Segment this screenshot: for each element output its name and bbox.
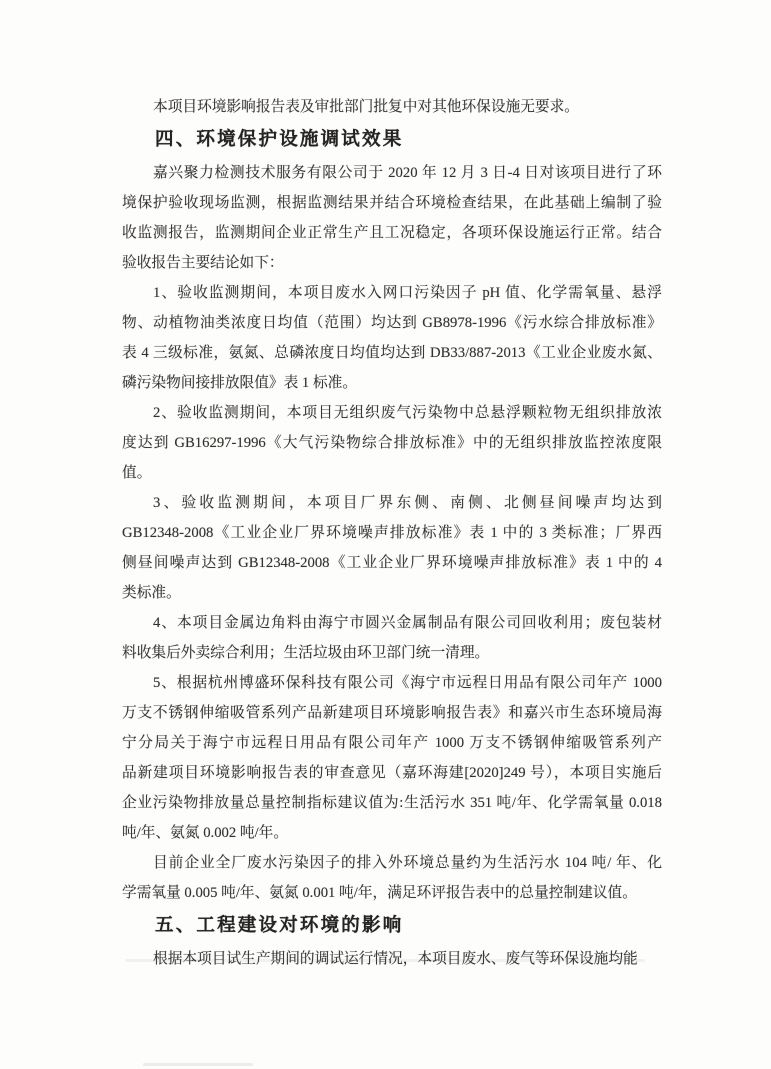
text-line: 学需氧量 0.005 吨/年、氨氮 0.001 吨/年，满足环评报告表中的总量控… [122,878,662,908]
text-line: 类标准。 [122,578,662,608]
text-line: 收监测报告，监测期间企业正常生产且工况稳定，各项环保设施运行正常。结合 [122,218,662,248]
text-line: 2、验收监测期间，本项目无组织废气污染物中总悬浮颗粒物无组织排放浓 [122,398,662,428]
scan-artifact [143,1063,253,1066]
para-other-facility-requirements: 本项目环境影响报告表及审批部门批复中对其他环保设施无要求。 [122,92,662,122]
text-line: 3、验收监测期间，本项目厂界东侧、南侧、北侧昼间噪声均达到 [122,488,662,518]
text-line: 嘉兴聚力检测技术服务有限公司于 2020 年 12 月 3 日-4 日对该项目进… [122,158,662,188]
text-line: 物、动植物油类浓度日均值（范围）均达到 GB8978-1996《污水综合排放标准… [122,308,662,338]
document-body: 本项目环境影响报告表及审批部门批复中对其他环保设施无要求。四、环境保护设施调试效… [122,92,662,974]
text-line: 吨/年、氨氮 0.002 吨/年。 [122,818,662,848]
para-conclusion-4-solid-waste: 4、本项目金属边角料由海宁市圆兴金属制品有限公司回收利用；废包装材料收集后外卖综… [122,608,662,668]
text-line: 值。 [122,458,662,488]
heading-section-four: 四、环境保护设施调试效果 [122,125,662,155]
text-line: 验收报告主要结论如下： [122,248,662,278]
text-line: 品新建项目环境影响报告表的审查意见（嘉环海建[2020]249 号），本项目实施… [122,758,662,788]
scan-artifact [125,959,645,962]
text-line: 宁分局关于海宁市远程日用品有限公司年产 1000 万支不锈钢伸缩吸管系列产 [122,728,662,758]
para-conclusion-3-noise: 3、验收监测期间，本项目厂界东侧、南侧、北侧昼间噪声均达到GB12348-200… [122,488,662,608]
para-current-discharge-totals: 目前企业全厂废水污染因子的排入外环境总量约为生活污水 104 吨/ 年、化学需氧… [122,848,662,908]
text-line: 磷污染物间接排放限值》表 1 标准。 [122,368,662,398]
para-monitoring-overview: 嘉兴聚力检测技术服务有限公司于 2020 年 12 月 3 日-4 日对该项目进… [122,158,662,278]
text-line: 1、验收监测期间，本项目废水入网口污染因子 pH 值、化学需氧量、悬浮 [122,278,662,308]
para-conclusion-2-waste-gas: 2、验收监测期间，本项目无组织废气污染物中总悬浮颗粒物无组织排放浓度达到 GB1… [122,398,662,488]
para-conclusion-5-total-control: 5、根据杭州博盛环保科技有限公司《海宁市远程日用品有限公司年产 1000万支不锈… [122,668,662,848]
document-page: 本项目环境影响报告表及审批部门批复中对其他环保设施无要求。四、环境保护设施调试效… [0,0,771,1069]
text-line: 万支不锈钢伸缩吸管系列产品新建项目环境影响报告表》和嘉兴市生态环境局海 [122,698,662,728]
heading-line: 五、工程建设对环境的影响 [122,911,662,941]
text-line: 5、根据杭州博盛环保科技有限公司《海宁市远程日用品有限公司年产 1000 [122,668,662,698]
text-line: 度达到 GB16297-1996《大气污染物综合排放标准》中的无组织排放监控浓度… [122,428,662,458]
heading-section-five: 五、工程建设对环境的影响 [122,911,662,941]
text-line: 4、本项目金属边角料由海宁市圆兴金属制品有限公司回收利用；废包装材 [122,608,662,638]
text-line: 表 4 三级标准，氨氮、总磷浓度日均值均达到 DB33/887-2013《工业企… [122,338,662,368]
text-line: GB12348-2008《工业企业厂界环境噪声排放标准》表 1 中的 3 类标准… [122,518,662,548]
text-line: 料收集后外卖综合利用；生活垃圾由环卫部门统一清理。 [122,638,662,668]
text-line: 本项目环境影响报告表及审批部门批复中对其他环保设施无要求。 [122,92,662,122]
text-line: 目前企业全厂废水污染因子的排入外环境总量约为生活污水 104 吨/ 年、化 [122,848,662,878]
text-line: 境保护验收现场监测，根据监测结果并结合环境检查结果，在此基础上编制了验 [122,188,662,218]
heading-line: 四、环境保护设施调试效果 [122,125,662,155]
text-line: 企业污染物排放量总量控制指标建议值为:生活污水 351 吨/年、化学需氧量 0.… [122,788,662,818]
text-line: 侧昼间噪声达到 GB12348-2008《工业企业厂界环境噪声排放标准》表 1 … [122,548,662,578]
para-conclusion-1-wastewater: 1、验收监测期间，本项目废水入网口污染因子 pH 值、化学需氧量、悬浮物、动植物… [122,278,662,398]
